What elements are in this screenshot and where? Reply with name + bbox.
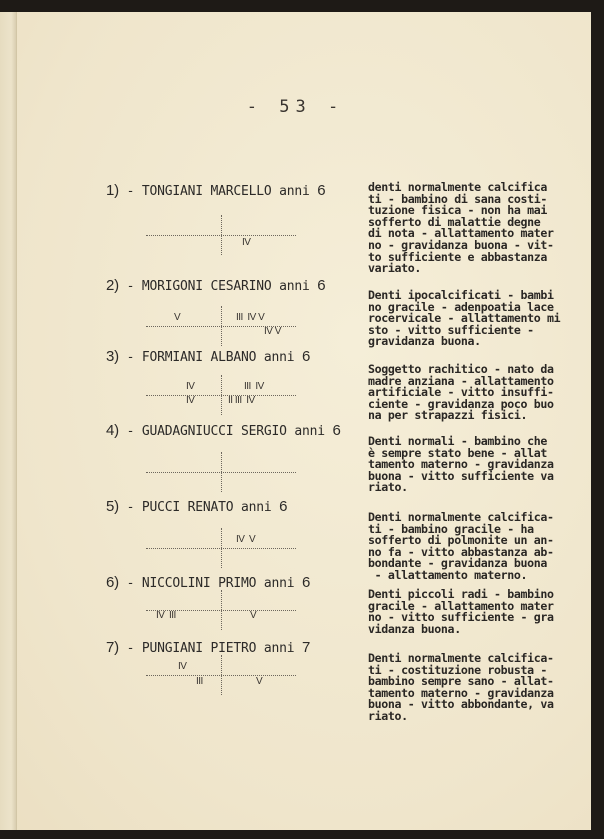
patient-age: 6	[302, 574, 310, 591]
clinical-notes: Denti piccoli radi - bambino gracile - a…	[368, 589, 593, 635]
clinical-notes: Denti ipocalcificati - bambi no gracile …	[368, 290, 593, 348]
patient-heading: 2) - MORIGONI CESARINO anni 6	[106, 277, 325, 294]
entry-index: 2)	[106, 277, 119, 294]
dental-chart: IV III V	[146, 590, 296, 630]
dental-mark-lower-left: IV	[186, 395, 194, 406]
patient-name: - FORMIANI ALBANO anni	[127, 350, 295, 365]
patient-heading: 3) - FORMIANI ALBANO anni 6	[106, 348, 310, 365]
dental-mark-upper-left: IV	[186, 381, 194, 392]
clinical-notes: denti normalmente calcifica ti - bambino…	[368, 182, 593, 275]
dental-chart-midline	[221, 215, 222, 255]
entry-index: 3)	[106, 348, 119, 365]
dental-mark-lower-right: V	[256, 676, 262, 687]
dental-mark-lower-right: IV V	[264, 326, 281, 337]
dental-mark-lower-right: IV	[242, 237, 250, 248]
patient-name: - GUADAGNIUCCI SERGIO anni	[127, 424, 325, 439]
dental-chart-midline	[221, 375, 222, 415]
patient-age: 6	[317, 277, 325, 294]
clinical-notes: Denti normalmente calcifica- ti - costit…	[368, 653, 593, 723]
document-page: - 53 - 1) - TONGIANI MARCELLO anni 6 IV …	[0, 12, 591, 830]
dental-chart: V III IV V IV V	[146, 306, 296, 346]
patient-name: - PUNGIANI PIETRO anni	[127, 641, 295, 656]
dental-chart: IV IV III IV II III IV	[146, 375, 296, 415]
patient-heading: 6) - NICCOLINI PRIMO anni 6	[106, 574, 310, 591]
dental-chart	[146, 452, 296, 492]
dental-mark-upper-right: III IV	[244, 381, 264, 392]
dental-mark-upper-left: IV	[178, 661, 186, 672]
clinical-notes: Soggetto rachitico - nato da madre anzia…	[368, 364, 593, 422]
dental-mark-lower-left: IV III	[156, 610, 176, 621]
dental-chart-midline	[221, 528, 222, 568]
patient-heading: 4) - GUADAGNIUCCI SERGIO anni 6	[106, 422, 341, 439]
page-number: - 53 -	[0, 97, 591, 117]
patient-age: 6	[279, 498, 287, 515]
entry-index: 5)	[106, 498, 119, 515]
dental-mark-upper-right: III IV V	[236, 312, 264, 323]
patient-name: - MORIGONI CESARINO anni	[127, 279, 310, 294]
patient-age: 7	[302, 639, 310, 656]
dental-chart-midline	[221, 590, 222, 630]
patient-age: 6	[317, 182, 325, 199]
dental-chart: IV III V	[146, 655, 296, 695]
entry-index: 6)	[106, 574, 119, 591]
patient-heading: 1) - TONGIANI MARCELLO anni 6	[106, 182, 325, 199]
entry-index: 7)	[106, 639, 119, 656]
dental-chart: IV	[146, 215, 296, 255]
clinical-notes: Denti normali - bambino che è sempre sta…	[368, 436, 593, 494]
patient-heading: 5) - PUCCI RENATO anni 6	[106, 498, 287, 515]
dental-mark-lower-right: II III IV	[228, 395, 255, 406]
patient-heading: 7) - PUNGIANI PIETRO anni 7	[106, 639, 310, 656]
patient-name: - PUCCI RENATO anni	[127, 500, 272, 515]
dental-chart-midline	[221, 306, 222, 346]
dental-mark-upper-left: V	[174, 312, 180, 323]
clinical-notes: Denti normalmente calcifica- ti - bambin…	[368, 512, 593, 582]
dental-chart-midline	[221, 452, 222, 492]
dental-mark-upper-right: IV V	[236, 534, 255, 545]
dental-chart: IV V	[146, 528, 296, 568]
dental-chart-midline	[221, 655, 222, 695]
dental-mark-lower-left: III	[196, 676, 203, 687]
patient-age: 6	[302, 348, 310, 365]
page-spine	[0, 12, 17, 830]
patient-age: 6	[333, 422, 341, 439]
patient-name: - TONGIANI MARCELLO anni	[127, 184, 310, 199]
entry-index: 4)	[106, 422, 119, 439]
entry-index: 1)	[106, 182, 119, 199]
patient-name: - NICCOLINI PRIMO anni	[127, 576, 295, 591]
dental-mark-lower-right: V	[250, 610, 256, 621]
